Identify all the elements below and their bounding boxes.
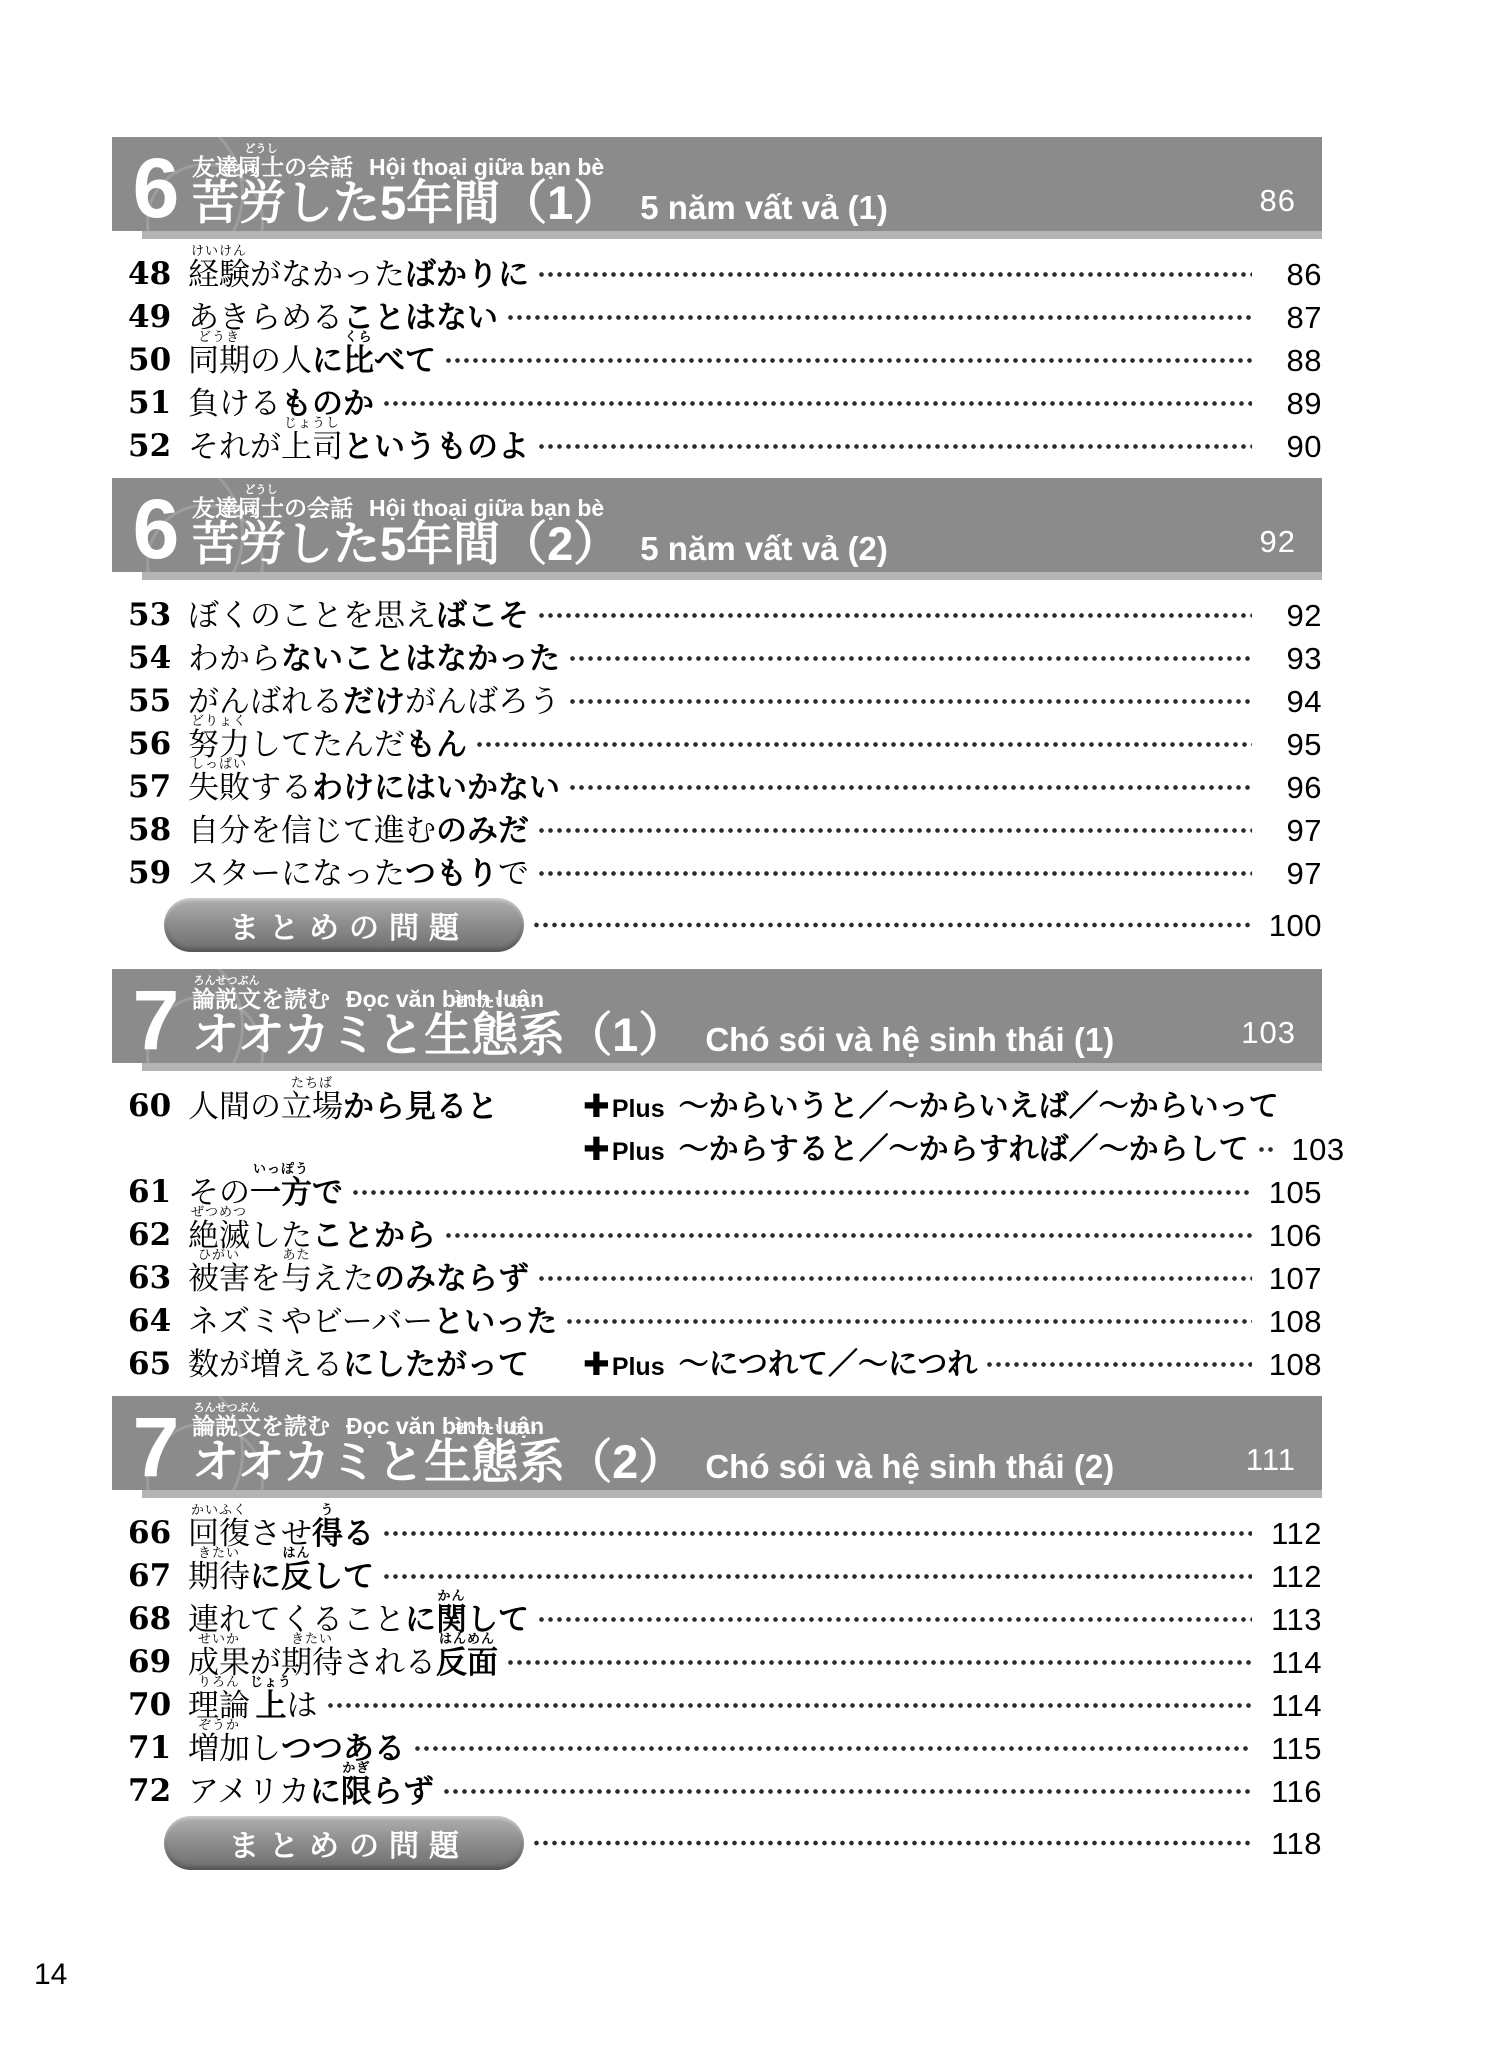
section-page-number: 103 <box>1241 1015 1296 1051</box>
row-page-number: 118 <box>1260 1828 1322 1859</box>
header-strip <box>142 572 1322 580</box>
row-page-number: 97 <box>1260 815 1322 846</box>
toc-row: 50同期どうきの人に比くらべて88 <box>128 333 1322 376</box>
header-strip <box>142 1063 1322 1071</box>
row-page-number: 114 <box>1260 1647 1322 1678</box>
row-text: 人間の立場たちばから見ると <box>188 1075 498 1122</box>
summary-pill: まとめの問題 <box>164 898 524 952</box>
row-page-number: 108 <box>1260 1349 1322 1380</box>
row-page-number: 97 <box>1260 858 1322 889</box>
toc-row: 71増加ぞうかしつつある115 <box>128 1721 1322 1764</box>
section-header: 6友達同士どうしの会話Hội thoại giữa bạn bè苦労くろうした5… <box>112 137 1322 231</box>
dot-leader <box>506 302 1252 333</box>
section-items: 60人間の立場たちばから見ると✚Plus〜からいうと／〜からいえば／〜からいって… <box>112 1071 1322 1380</box>
row-text: 回復かいふくさせ得うる <box>188 1502 374 1549</box>
row-page-number: 114 <box>1260 1690 1322 1721</box>
dot-leader <box>537 1604 1252 1635</box>
plus-icon: ✚ <box>583 1133 610 1165</box>
dot-leader <box>444 1220 1252 1251</box>
toc-row: 67期待きたいに反はんして112 <box>128 1549 1322 1592</box>
unit-number: 6 <box>122 490 190 570</box>
section-header: 7論説文ろんせつぶんを読むĐọc văn bình luậnオオカミと生態系せい… <box>112 969 1322 1063</box>
section-title: オオカミと生態系せいたいけい（2）Chó sói và hệ sinh thái… <box>192 1421 1114 1486</box>
section-header: 6友達同士どうしの会話Hội thoại giữa bạn bè苦労くろうした5… <box>112 478 1322 572</box>
toc-row: 64ネズミやビーバーといった108 <box>128 1294 1322 1337</box>
toc-row: 53ぼくのことを思えばこそ92 <box>128 588 1322 631</box>
section-title-japanese: オオカミと生態系せいたいけい（2） <box>192 1435 685 1488</box>
section-items: 48経験けいけんがなかったばかりに8649あきらめることはない8750同期どうき… <box>112 239 1322 462</box>
toc-row: 49あきらめることはない87 <box>128 290 1322 333</box>
row-number: 55 <box>128 686 180 717</box>
row-number: 48 <box>128 259 180 290</box>
section-title-japanese: 苦労くろうした5年間（1） <box>192 176 620 229</box>
row-page-number: 96 <box>1260 772 1322 803</box>
row-text: ぼくのことを思えばこそ <box>188 600 529 631</box>
dot-leader <box>351 1177 1252 1208</box>
section-header: 7論説文ろんせつぶんを読むĐọc văn bình luậnオオカミと生態系せい… <box>112 1396 1322 1490</box>
dot-leader <box>537 858 1252 889</box>
row-text: 同期どうきの人に比くらべて <box>188 329 436 376</box>
row-number: 58 <box>128 815 180 846</box>
dot-leader <box>568 643 1252 674</box>
toc-row: 57失敗しっぱいするわけにはいかない96 <box>128 760 1322 803</box>
row-page-number: 112 <box>1260 1561 1322 1592</box>
section-page-number: 111 <box>1246 1442 1296 1478</box>
row-text: 経験けいけんがなかったばかりに <box>188 243 529 290</box>
dot-leader <box>568 686 1252 717</box>
section-title-vietnamese: 5 năm vất vả (2) <box>640 530 888 567</box>
row-page-number: 100 <box>1260 910 1322 941</box>
row-page-number: 89 <box>1260 388 1322 419</box>
dot-leader <box>532 1816 1252 1870</box>
toc-row: 60人間の立場たちばから見ると✚Plus〜からいうと／〜からいえば／〜からいって <box>128 1079 1322 1122</box>
row-number: 72 <box>128 1776 180 1807</box>
row-text: 被害ひがいを与あたえたのみならず <box>188 1247 529 1294</box>
toc-row: 62絶滅ぜつめつしたことから106 <box>128 1208 1322 1251</box>
row-number: 69 <box>128 1647 180 1678</box>
dot-leader <box>1257 1134 1275 1165</box>
row-number: 67 <box>128 1561 180 1592</box>
row-page-number: 113 <box>1260 1604 1322 1635</box>
summary-label: まとめの問題 <box>229 903 469 947</box>
row-page-number: 94 <box>1260 686 1322 717</box>
dot-leader <box>475 729 1252 760</box>
row-text: 自分を信じて進むのみだ <box>188 815 529 846</box>
section-title-vietnamese: Chó sói và hệ sinh thái (1) <box>705 1021 1114 1058</box>
section-title: オオカミと生態系せいたいけい（1）Chó sói và hệ sinh thái… <box>192 994 1114 1059</box>
row-number: 50 <box>128 345 180 376</box>
section-title: 苦労くろうした5年間（2）5 năm vất vả (2) <box>192 503 888 568</box>
plus-label: Plus <box>612 1097 665 1122</box>
dot-leader <box>532 898 1252 952</box>
plus-annotation: ✚Plus〜からいうと／〜からいえば／〜からいって <box>583 1090 1279 1122</box>
toc-row: 58自分を信じて進むのみだ97 <box>128 803 1322 846</box>
section-items: 66回復かいふくさせ得うる11267期待きたいに反はんして11268連れてくるこ… <box>112 1498 1322 1871</box>
row-number: 53 <box>128 600 180 631</box>
dot-leader <box>444 345 1252 376</box>
summary-pill: まとめの問題 <box>164 1816 524 1870</box>
plus-grammar-text: 〜からすると／〜からすれば／〜からして <box>679 1135 1249 1165</box>
plus-grammar-text: 〜につれて／〜につれ <box>679 1350 978 1380</box>
plus-icon: ✚ <box>583 1090 610 1122</box>
section-title-japanese: 苦労くろうした5年間（2） <box>192 517 620 570</box>
toc-row: 63被害ひがいを与あたえたのみならず107 <box>128 1251 1322 1294</box>
row-page-number: 112 <box>1260 1518 1322 1549</box>
toc-row: 56努力どりょくしてたんだもん95 <box>128 717 1322 760</box>
row-page-number: 86 <box>1260 259 1322 290</box>
summary-row: まとめの問題118 <box>144 1815 1322 1871</box>
row-text: 連れてくることに関かんして <box>188 1588 529 1635</box>
header-strip <box>142 231 1322 239</box>
toc-row: ✚Plus〜からすると／〜からすれば／〜からして103 <box>128 1122 1322 1165</box>
row-page-number: 95 <box>1260 729 1322 760</box>
section-title-vietnamese: 5 năm vất vả (1) <box>640 189 888 226</box>
row-text: その一方いっぽうで <box>188 1161 343 1208</box>
toc-row: 59スターになったつもりで97 <box>128 846 1322 889</box>
unit-number: 7 <box>122 1408 190 1488</box>
row-number: 63 <box>128 1263 180 1294</box>
plus-label: Plus <box>612 1140 665 1165</box>
row-text: スターになったつもりで <box>188 858 529 889</box>
row-left-zone: 65数が増えるにしたがって <box>128 1349 583 1380</box>
toc-row: 52それが上司じょうしというものよ90 <box>128 419 1322 462</box>
toc-row: 55がんばれるだけがんばろう94 <box>128 674 1322 717</box>
toc-row: 65数が増えるにしたがって✚Plus〜につれて／〜につれ108 <box>128 1337 1322 1380</box>
summary-row: まとめの問題100 <box>144 897 1322 953</box>
row-number: 65 <box>128 1349 180 1380</box>
row-number: 70 <box>128 1690 180 1721</box>
row-text: 絶滅ぜつめつしたことから <box>188 1204 436 1251</box>
dot-leader <box>985 1349 1252 1380</box>
row-text: わからないことはなかった <box>188 643 560 674</box>
dot-leader <box>413 1733 1252 1764</box>
row-number: 66 <box>128 1518 180 1549</box>
dot-leader <box>537 431 1252 462</box>
row-number: 54 <box>128 643 180 674</box>
toc-row: 70理論りろん上じょうは114 <box>128 1678 1322 1721</box>
row-page-number: 108 <box>1260 1306 1322 1337</box>
dot-leader <box>442 1776 1252 1807</box>
section-title-vietnamese: Chó sói và hệ sinh thái (2) <box>705 1448 1114 1485</box>
footer-page-number: 14 <box>34 1958 67 1992</box>
row-page-number: 92 <box>1260 600 1322 631</box>
dot-leader <box>537 815 1252 846</box>
section-items: 53ぼくのことを思えばこそ9254わからないことはなかった9355がんばれるだけ… <box>112 580 1322 953</box>
row-number: 57 <box>128 772 180 803</box>
row-left-zone: 60人間の立場たちばから見ると <box>128 1075 583 1122</box>
table-of-contents: 6友達同士どうしの会話Hội thoại giữa bạn bè苦労くろうした5… <box>112 0 1322 1871</box>
row-text: 期待きたいに反はんして <box>188 1545 374 1592</box>
row-page-number: 93 <box>1260 643 1322 674</box>
row-number: 60 <box>128 1091 180 1122</box>
row-text: 数が増えるにしたがって <box>188 1349 529 1380</box>
toc-row: 69成果せいかが期待きたいされる反面はんめん114 <box>128 1635 1322 1678</box>
row-page-number: 105 <box>1260 1177 1322 1208</box>
toc-row: 66回復かいふくさせ得うる112 <box>128 1506 1322 1549</box>
row-text: 理論りろん上じょうは <box>188 1674 318 1721</box>
row-number: 51 <box>128 388 180 419</box>
row-text: 失敗しっぱいするわけにはいかない <box>188 756 560 803</box>
row-page-number: 88 <box>1260 345 1322 376</box>
plus-annotation: ✚Plus〜からすると／〜からすれば／〜からして <box>583 1133 1249 1165</box>
dot-leader <box>506 1647 1252 1678</box>
dot-leader <box>537 1263 1252 1294</box>
row-page-number: 103 <box>1283 1134 1345 1165</box>
header-strip <box>142 1490 1322 1498</box>
row-number: 62 <box>128 1220 180 1251</box>
row-text: 成果せいかが期待きたいされる反面はんめん <box>188 1631 498 1678</box>
row-text: 増加ぞうかしつつある <box>188 1717 405 1764</box>
row-text: それが上司じょうしというものよ <box>188 415 529 462</box>
row-page-number: 115 <box>1260 1733 1322 1764</box>
row-number: 56 <box>128 729 180 760</box>
row-text: アメリカに限かぎらず <box>188 1760 434 1807</box>
toc-row: 54わからないことはなかった93 <box>128 631 1322 674</box>
row-number: 61 <box>128 1177 180 1208</box>
dot-leader <box>565 1306 1252 1337</box>
toc-row: 61その一方いっぽうで105 <box>128 1165 1322 1208</box>
plus-icon: ✚ <box>583 1348 610 1380</box>
row-number: 71 <box>128 1733 180 1764</box>
section-title: 苦労くろうした5年間（1）5 năm vất vả (1) <box>192 162 888 227</box>
row-text: ネズミやビーバーといった <box>188 1306 557 1337</box>
plus-grammar-text: 〜からいうと／〜からいえば／〜からいって <box>679 1092 1279 1122</box>
dot-leader <box>537 600 1252 631</box>
row-page-number: 90 <box>1260 431 1322 462</box>
row-number: 59 <box>128 858 180 889</box>
row-page-number: 107 <box>1260 1263 1322 1294</box>
toc-row: 72アメリカに限かぎらず116 <box>128 1764 1322 1807</box>
section-title-japanese: オオカミと生態系せいたいけい（1） <box>192 1008 685 1061</box>
dot-leader <box>382 1518 1252 1549</box>
row-number: 68 <box>128 1604 180 1635</box>
unit-number: 6 <box>122 149 190 229</box>
row-page-number: 106 <box>1260 1220 1322 1251</box>
row-page-number: 87 <box>1260 302 1322 333</box>
toc-row: 68連れてくることに関かんして113 <box>128 1592 1322 1635</box>
unit-number: 7 <box>122 981 190 1061</box>
section-page-number: 86 <box>1260 183 1296 219</box>
dot-leader <box>537 259 1252 290</box>
summary-label: まとめの問題 <box>229 1821 469 1865</box>
toc-row: 51負けるものか89 <box>128 376 1322 419</box>
plus-annotation: ✚Plus〜につれて／〜につれ <box>583 1348 977 1380</box>
row-page-number: 116 <box>1260 1776 1322 1807</box>
dot-leader <box>326 1690 1252 1721</box>
toc-row: 48経験けいけんがなかったばかりに86 <box>128 247 1322 290</box>
row-text: 努力どりょくしてたんだもん <box>188 713 467 760</box>
row-number: 49 <box>128 302 180 333</box>
section-page-number: 92 <box>1260 524 1296 560</box>
dot-leader <box>568 772 1252 803</box>
plus-label: Plus <box>612 1355 665 1380</box>
row-number: 64 <box>128 1306 180 1337</box>
row-number: 52 <box>128 431 180 462</box>
